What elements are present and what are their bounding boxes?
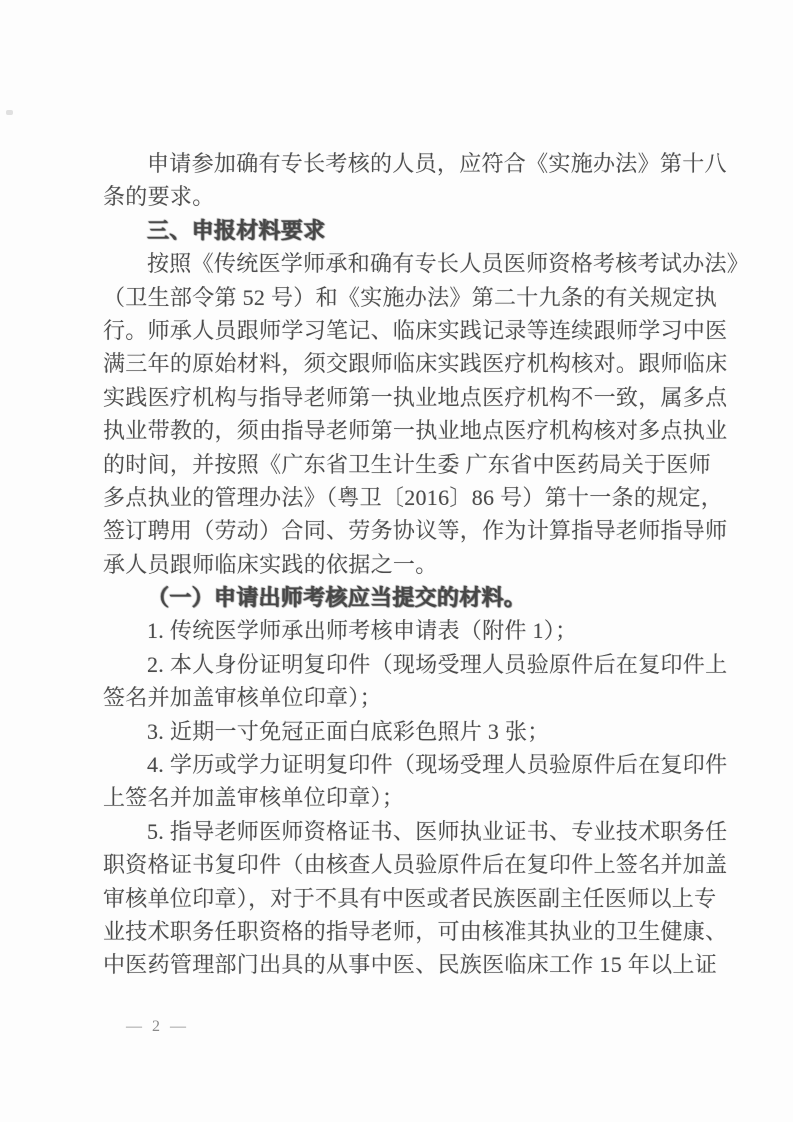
text-line: 实践医疗机构与指导老师第一执业地点医疗机构不一致，属多点	[103, 381, 699, 414]
text-line: 中医药管理部门出具的从事中医、民族医临床工作 15 年以上证	[103, 948, 699, 981]
subsection-heading: （一）申请出师考核应当提交的材料。	[103, 581, 699, 614]
scan-artifact	[6, 110, 13, 115]
text-line: 承人员跟师临床实践的依据之一。	[103, 548, 699, 581]
list-item: 5. 指导老师医师资格证书、医师执业证书、专业技术职务任	[103, 815, 699, 848]
text-line: 执业带教的，须由指导老师第一执业地点医疗机构核对多点执业	[103, 414, 699, 447]
text-line: 业技术职务任职资格的指导老师，可由核准其执业的卫生健康、	[103, 915, 699, 948]
list-item: 1. 传统医学师承出师考核申请表（附件 1）；	[103, 614, 699, 647]
document-page: 申请参加确有专长考核的人员，应符合《实施办法》第十八 条的要求。 三、申报材料要…	[0, 0, 793, 1122]
text-line: 审核单位印章），对于不具有中医或者民族医副主任医师以上专	[103, 882, 699, 915]
list-item: 3. 近期一寸免冠正面白底彩色照片 3 张；	[103, 715, 699, 748]
text-line: 的时间，并按照《广东省卫生计生委 广东省中医药局关于医师	[103, 448, 699, 481]
list-item: 2. 本人身份证明复印件（现场受理人员验原件后在复印件上	[103, 648, 699, 681]
text-line: 行。师承人员跟师学习笔记、临床实践记录等连续跟师学习中医	[103, 314, 699, 347]
text-line: 按照《传统医学师承和确有专长人员医师资格考核考试办法》	[103, 247, 699, 280]
text-line: 满三年的原始材料，须交跟师临床实践医疗机构核对。跟师临床	[103, 347, 699, 380]
section-heading: 三、申报材料要求	[103, 214, 699, 247]
text-line: 申请参加确有专长考核的人员，应符合《实施办法》第十八	[103, 147, 699, 180]
text-line: 多点执业的管理办法》（粤卫〔2016〕86 号）第十一条的规定，	[103, 481, 699, 514]
text-line: 职资格证书复印件（由核查人员验原件后在复印件上签名并加盖	[103, 848, 699, 881]
text-line: 条的要求。	[103, 180, 699, 213]
document-body: 申请参加确有专长考核的人员，应符合《实施办法》第十八 条的要求。 三、申报材料要…	[103, 147, 699, 982]
text-line: 签名并加盖审核单位印章）；	[103, 681, 699, 714]
list-item: 4. 学历或学力证明复印件（现场受理人员验原件后在复印件	[103, 748, 699, 781]
text-line: （卫生部令第 52 号）和《实施办法》第二十九条的有关规定执	[103, 281, 699, 314]
text-line: 上签名并加盖审核单位印章）；	[103, 781, 699, 814]
page-number: — 2 —	[126, 1018, 189, 1036]
text-line: 签订聘用（劳动）合同、劳务协议等，作为计算指导老师指导师	[103, 514, 699, 547]
